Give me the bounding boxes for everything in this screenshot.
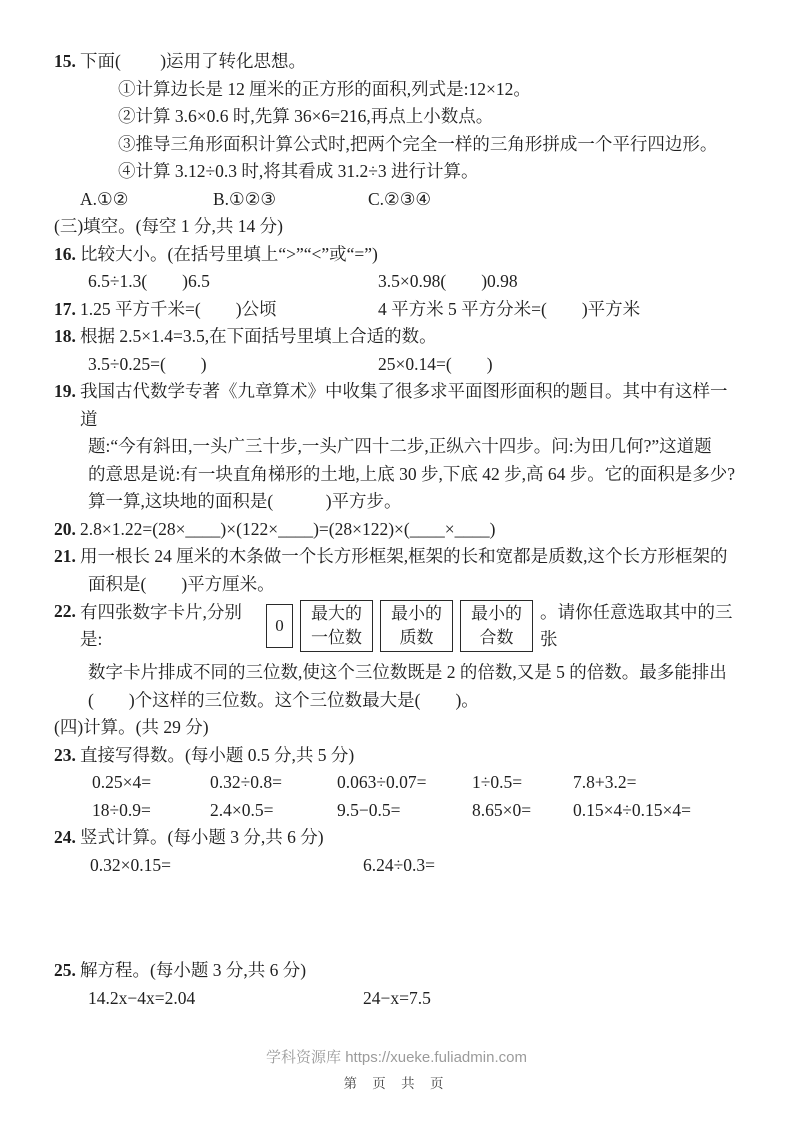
q19-line-1: 我国古代数学专著《九章算术》中收集了很多求平面图形面积的题目。其中有这样一道 <box>80 378 744 433</box>
q19-number: 19. <box>54 378 76 406</box>
digit-card-min-composite: 最小的 合数 <box>460 600 533 652</box>
q20-stem: 2.8×1.22=(28×____)×(122×____)=(28×122)×(… <box>80 516 744 544</box>
question-20: 20. 2.8×1.22=(28×____)×(122×____)=(28×12… <box>54 516 744 544</box>
exam-page: 15. 下面( )运用了转化思想。 ①计算边长是 12 厘米的正方形的面积,列式… <box>0 0 793 1122</box>
q19-line-3: 的意思是说:有一块直角梯形的土地,上底 30 步,下底 42 步,高 64 步。… <box>80 461 744 489</box>
question-19: 19. 我国古代数学专著《九章算术》中收集了很多求平面图形面积的题目。其中有这样… <box>54 378 744 516</box>
calc-expression: 7.8+3.2= <box>573 769 637 797</box>
option-c: C.②③④ <box>368 186 431 214</box>
q24-left-expression: 0.32×0.15= <box>90 852 363 880</box>
card-label-top: 最大的 <box>301 602 372 626</box>
q22-line-3: ( )个这样的三位数。这个三位数最大是( )。 <box>80 687 744 715</box>
q23-calc-row-2: 18÷0.9= 2.4×0.5= 9.5−0.5= 8.65×0= 0.15×4… <box>80 797 744 825</box>
q18-left-expression: 3.5÷0.25=( ) <box>80 351 378 379</box>
question-23: 23. 直接写得数。(每小题 0.5 分,共 5 分) 0.25×4= 0.32… <box>54 742 744 825</box>
calc-expression: 0.32÷0.8= <box>210 769 337 797</box>
q15-number: 15. <box>54 48 76 76</box>
section-4-header: (四)计算。(共 29 分) <box>54 714 744 742</box>
q19-line-4: 算一算,这块地的面积是( )平方步。 <box>80 488 744 516</box>
q15-options-row: A.①② B.①②③ C.②③④ <box>80 186 744 214</box>
q17-blank-row: 1.25 平方千米=( )公顷 4 平方米 5 平方分米=( )平方米 <box>80 296 744 324</box>
question-25: 25. 解方程。(每小题 3 分,共 6 分) 14.2x−4x=2.04 24… <box>54 957 744 1012</box>
footer-site-watermark: 学科资源库 https://xueke.fuliadmin.com <box>0 1046 793 1067</box>
q22-lead-text: 有四张数字卡片,分别是: <box>80 599 259 654</box>
q22-line-2: 数字卡片排成不同的三位数,使这个三位数既是 2 的倍数,又是 5 的倍数。最多能… <box>80 659 744 687</box>
card-label-bottom: 一位数 <box>301 626 372 650</box>
q25-left-equation: 14.2x−4x=2.04 <box>88 985 363 1013</box>
exam-content: 15. 下面( )运用了转化思想。 ①计算边长是 12 厘米的正方形的面积,列式… <box>54 48 744 1012</box>
q24-stem: 竖式计算。(每小题 3 分,共 6 分) <box>80 824 744 852</box>
option-a: A.①② <box>80 186 213 214</box>
question-15: 15. 下面( )运用了转化思想。 ①计算边长是 12 厘米的正方形的面积,列式… <box>54 48 744 213</box>
q21-line-2: 面积是( )平方厘米。 <box>80 571 744 599</box>
q15-stem: 下面( )运用了转化思想。 <box>80 48 744 76</box>
card-label-bottom: 合数 <box>461 626 532 650</box>
q25-stem: 解方程。(每小题 3 分,共 6 分) <box>80 957 744 985</box>
digit-card-zero: 0 <box>266 604 293 648</box>
calc-expression: 9.5−0.5= <box>337 797 472 825</box>
q21-number: 21. <box>54 543 76 571</box>
q18-number: 18. <box>54 323 76 351</box>
card-label-top: 最小的 <box>381 602 452 626</box>
q24-number: 24. <box>54 824 76 852</box>
card-label-top: 最小的 <box>461 602 532 626</box>
calc-expression: 2.4×0.5= <box>210 797 337 825</box>
q19-line-2: 题:“今有斜田,一头广三十步,一头广四十二步,正纵六十四步。问:为田几何?”这道… <box>80 433 744 461</box>
digit-card-max-one-digit: 最大的 一位数 <box>300 600 373 652</box>
q24-right-expression: 6.24÷0.3= <box>363 852 435 880</box>
calc-expression: 18÷0.9= <box>92 797 210 825</box>
q15-item-1: ①计算边长是 12 厘米的正方形的面积,列式是:12×12。 <box>80 76 744 104</box>
q21-line-1: 用一根长 24 厘米的木条做一个长方形框架,框架的长和宽都是质数,这个长方形框架… <box>80 543 744 571</box>
q16-number: 16. <box>54 241 76 269</box>
q18-blank-row: 3.5÷0.25=( ) 25×0.14=( ) <box>80 351 744 379</box>
section-3-header: (三)填空。(每空 1 分,共 14 分) <box>54 213 744 241</box>
question-16: 16. 比较大小。(在括号里填上“>”“<”或“=”) 6.5÷1.3( )6.… <box>54 241 744 296</box>
q18-stem: 根据 2.5×1.4=3.5,在下面括号里填上合适的数。 <box>80 323 744 351</box>
q23-calc-row-1: 0.25×4= 0.32÷0.8= 0.063÷0.07= 1÷0.5= 7.8… <box>80 769 744 797</box>
q15-item-2: ②计算 3.6×0.6 时,先算 36×6=216,再点上小数点。 <box>80 103 744 131</box>
q17-number: 17. <box>54 296 76 324</box>
q18-right-expression: 25×0.14=( ) <box>378 351 493 379</box>
digit-card-min-prime: 最小的 质数 <box>380 600 453 652</box>
q25-number: 25. <box>54 957 76 985</box>
q22-card-row: 有四张数字卡片,分别是: 0 最大的 一位数 最小的 质数 最小的 合数 。请你… <box>80 598 744 654</box>
q16-stem: 比较大小。(在括号里填上“>”“<”或“=”) <box>80 241 744 269</box>
calc-expression: 0.25×4= <box>92 769 210 797</box>
q15-item-3: ③推导三角形面积计算公式时,把两个完全一样的三角形拼成一个平行四边形。 <box>80 131 744 159</box>
q22-number: 22. <box>54 598 76 626</box>
q23-stem: 直接写得数。(每小题 0.5 分,共 5 分) <box>80 742 744 770</box>
calc-expression: 0.063÷0.07= <box>337 769 472 797</box>
question-24: 24. 竖式计算。(每小题 3 分,共 6 分) 0.32×0.15= 6.24… <box>54 824 744 879</box>
question-17: 17. 1.25 平方千米=( )公顷 4 平方米 5 平方分米=( )平方米 <box>54 296 744 324</box>
question-21: 21. 用一根长 24 厘米的木条做一个长方形框架,框架的长和宽都是质数,这个长… <box>54 543 744 598</box>
calc-expression: 0.15×4÷0.15×4= <box>573 797 691 825</box>
q16-right-expression: 3.5×0.98( )0.98 <box>378 268 518 296</box>
calc-expression: 1÷0.5= <box>472 769 573 797</box>
option-b: B.①②③ <box>213 186 368 214</box>
question-18: 18. 根据 2.5×1.4=3.5,在下面括号里填上合适的数。 3.5÷0.2… <box>54 323 744 378</box>
q16-blank-row: 6.5÷1.3( )6.5 3.5×0.98( )0.98 <box>80 268 744 296</box>
q20-number: 20. <box>54 516 76 544</box>
q24-calc-row: 0.32×0.15= 6.24÷0.3= <box>80 852 744 880</box>
card-zero-label: 0 <box>275 612 284 640</box>
q17-right-expression: 4 平方米 5 平方分米=( )平方米 <box>378 296 640 324</box>
calc-expression: 8.65×0= <box>472 797 573 825</box>
q15-item-4: ④计算 3.12÷0.3 时,将其看成 31.2÷3 进行计算。 <box>80 158 744 186</box>
footer-page-numbers: 第 页 共 页 <box>0 1072 793 1092</box>
q23-number: 23. <box>54 742 76 770</box>
card-label-bottom: 质数 <box>381 626 452 650</box>
q25-right-equation: 24−x=7.5 <box>363 985 431 1013</box>
q16-left-expression: 6.5÷1.3( )6.5 <box>80 268 378 296</box>
q25-equation-row: 14.2x−4x=2.04 24−x=7.5 <box>80 985 744 1013</box>
q17-left-expression: 1.25 平方千米=( )公顷 <box>80 296 378 324</box>
q22-tail-text: 。请你任意选取其中的三张 <box>540 599 744 654</box>
question-22: 22. 有四张数字卡片,分别是: 0 最大的 一位数 最小的 质数 最小的 合数 <box>54 598 744 714</box>
